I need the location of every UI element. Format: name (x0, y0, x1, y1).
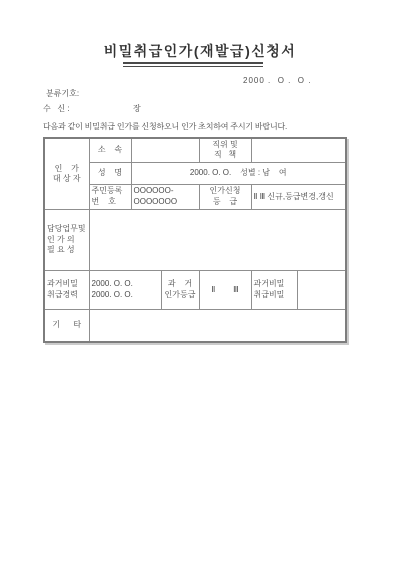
row-applicant-affiliation: 인 가 대 상 자 소 속 직위 및 직 책 (44, 138, 346, 162)
application-form-table: 인 가 대 상 자 소 속 직위 및 직 책 성 명 2000. O. O. 성… (43, 137, 347, 343)
past-grade-label: 과 거 인가등급 (161, 270, 199, 309)
history-period-value-cell: 2000. O. O. 2000. O. O. (89, 270, 161, 309)
row-applicant-name: 성 명 2000. O. O. 성별 : 남 여 (44, 162, 346, 184)
recipient-label: 수 신 : (43, 103, 70, 114)
affiliation-value-cell (131, 138, 199, 162)
resident-no-value-cell: OOOOOO- OOOOOOO (131, 184, 199, 209)
row-etc: 기 타 (44, 309, 346, 342)
applicant-section-label: 인 가 대 상 자 (44, 138, 89, 209)
request-grade-label: 인가신청 등 급 (199, 184, 251, 209)
name-value-cell: 2000. O. O. 성별 : 남 여 (131, 162, 346, 184)
row-past-secret-history: 과거비밀 취급경력 2000. O. O. 2000. O. O. 과 거 인가… (44, 270, 346, 309)
duty-label: 담당업무및 인 가 의 필 요 성 (44, 209, 89, 270)
past-secret-label: 과거비밀 취급비밀 (251, 270, 297, 309)
duty-value-cell (89, 209, 346, 270)
past-secret-value-cell (297, 270, 346, 309)
position-label: 직위 및 직 책 (199, 138, 251, 162)
recipient-value: 장 (133, 103, 141, 114)
past-grade-value-cell: Ⅱ Ⅲ (199, 270, 251, 309)
classification-code-label: 분류기호: (46, 88, 79, 99)
scanned-form-page: 비밀취급인가(재발급)신청서 2000 . O . O . 분류기호: 수 신 … (0, 0, 400, 566)
document-date: 2000 . O . O . (243, 76, 311, 85)
request-grade-value-cell: Ⅱ Ⅲ 신규,등급변경,갱신 (251, 184, 346, 209)
form-title: 비밀취급인가(재발급)신청서 (0, 41, 400, 61)
name-label: 성 명 (89, 162, 131, 184)
etc-value-cell (89, 309, 346, 342)
history-label: 과거비밀 취급경력 (44, 270, 89, 309)
title-double-underline (123, 62, 263, 67)
etc-label: 기 타 (44, 309, 89, 342)
position-value-cell (251, 138, 346, 162)
intro-sentence: 다음과 같이 비밀취급 인가를 신청하오니 인가 초치하여 주시기 바랍니다. (43, 121, 287, 132)
row-duty-necessity: 담당업무및 인 가 의 필 요 성 (44, 209, 346, 270)
row-applicant-resident-no: 주민등록 번 호 OOOOOO- OOOOOOO 인가신청 등 급 Ⅱ Ⅲ 신규… (44, 184, 346, 209)
resident-no-label: 주민등록 번 호 (89, 184, 131, 209)
affiliation-label: 소 속 (89, 138, 131, 162)
